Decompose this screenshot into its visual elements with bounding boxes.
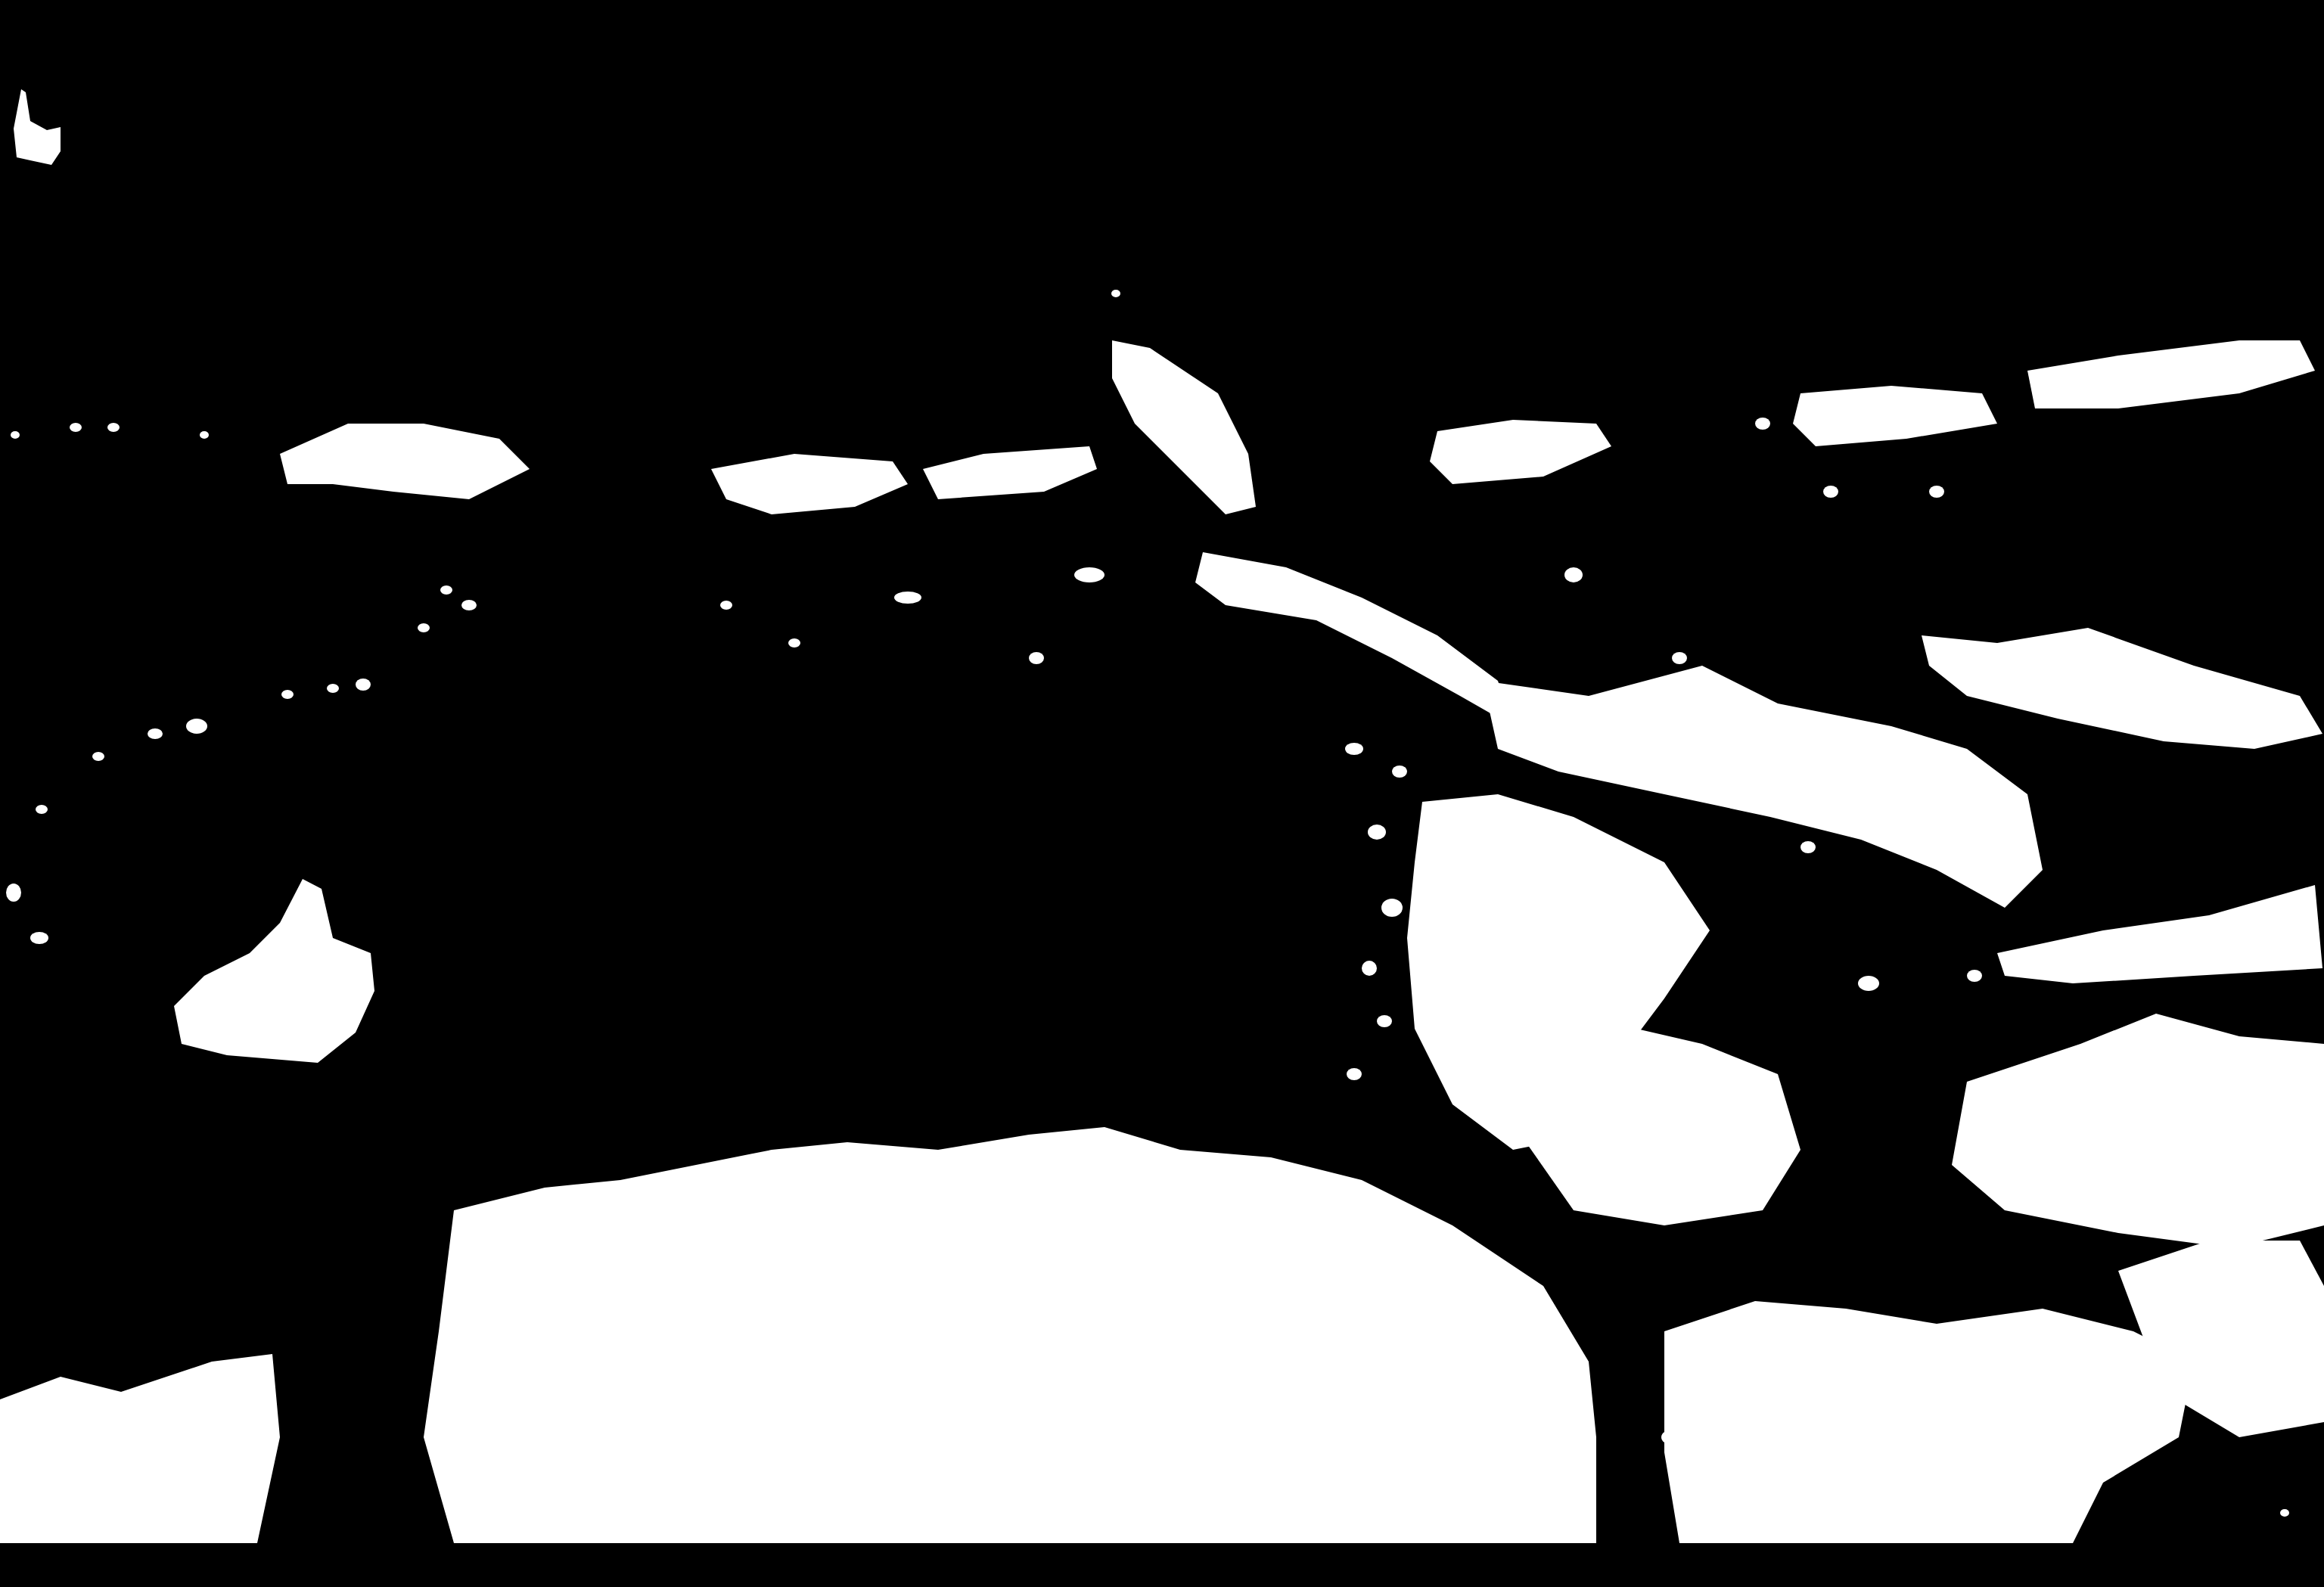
segmentation-mask bbox=[0, 0, 2324, 1587]
